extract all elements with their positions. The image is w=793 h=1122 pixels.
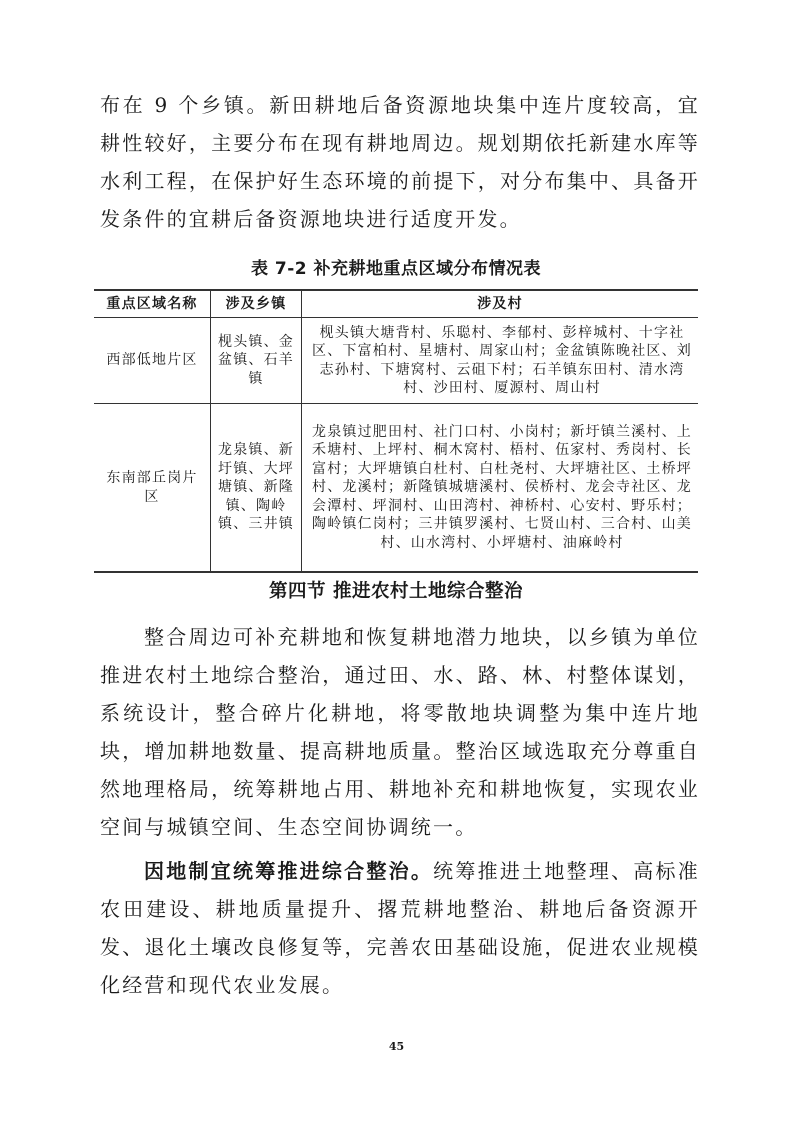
table-row: 西部低地片区 枧头镇、金盆镇、石羊镇 枧头镇大塘背村、乐聪村、李郁村、彭梓城村、… [94,318,698,404]
cell-towns: 龙泉镇、新圩镇、大坪塘镇、新隆镇、陶岭镇、三井镇 [211,404,302,573]
cell-villages: 龙泉镇过肥田村、社门口村、小岗村；新圩镇兰溪村、上禾塘村、上坪村、桐木窝村、梧村… [302,404,699,573]
region-distribution-table: 重点区域名称 涉及乡镇 涉及村 西部低地片区 枧头镇、金盆镇、石羊镇 枧头镇大塘… [94,289,698,573]
section-paragraph-1: 整合周边可补充耕地和恢复耕地潜力地块，以乡镇为单位推进农村土地综合整治，通过田、… [100,618,700,846]
table-row: 东南部丘岗片区 龙泉镇、新圩镇、大坪塘镇、新隆镇、陶岭镇、三井镇 龙泉镇过肥田村… [94,404,698,573]
section-paragraph-2: 因地制宜统筹推进综合整治。统筹推进土地整理、高标准农田建设、耕地质量提升、撂荒耕… [100,852,700,1004]
table-header-row: 重点区域名称 涉及乡镇 涉及村 [94,290,698,318]
header-towns: 涉及乡镇 [211,290,302,318]
page-number: 45 [0,1040,793,1053]
section-title: 第四节 推进农村土地综合整治 [94,577,698,603]
document-page: 布在 9 个乡镇。新田耕地后备资源地块集中连片度较高，宜耕性较好，主要分布在现有… [0,0,793,1122]
header-villages: 涉及村 [302,290,699,318]
cell-region: 西部低地片区 [94,318,211,404]
cell-villages: 枧头镇大塘背村、乐聪村、李郁村、彭梓城村、十字社区、下富柏村、星塘村、周家山村；… [302,318,699,404]
paragraph-lead: 因地制宜统筹推进综合整治。 [144,859,433,883]
intro-paragraph: 布在 9 个乡镇。新田耕地后备资源地块集中连片度较高，宜耕性较好，主要分布在现有… [100,86,700,238]
cell-region: 东南部丘岗片区 [94,404,211,573]
table-caption: 表 7-2 补充耕地重点区域分布情况表 [94,254,698,279]
header-region-name: 重点区域名称 [94,290,211,318]
cell-towns: 枧头镇、金盆镇、石羊镇 [211,318,302,404]
